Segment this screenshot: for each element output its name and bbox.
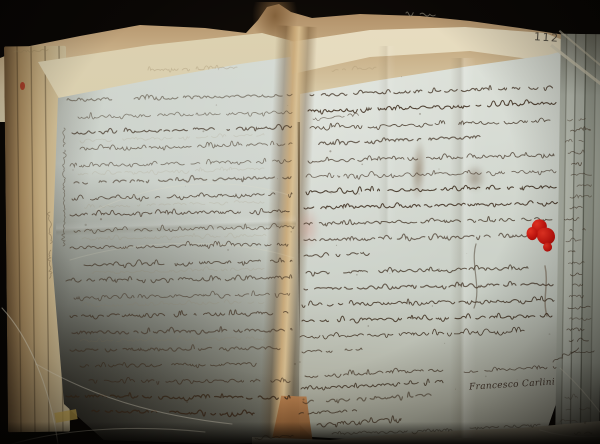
ink-stain	[464, 164, 486, 192]
paper-repair-patch	[54, 409, 77, 423]
wax-seal	[524, 217, 562, 256]
pencil-scribble-top	[406, 12, 435, 16]
wax-seal-blob	[543, 242, 553, 252]
paper-crease	[450, 58, 476, 438]
pink-stain	[296, 206, 320, 250]
red-mark	[20, 82, 25, 90]
paper-crease	[378, 46, 396, 236]
folio-number: 112	[534, 30, 560, 45]
manuscript-photo: 112 Francesco Carlini	[0, 0, 600, 444]
